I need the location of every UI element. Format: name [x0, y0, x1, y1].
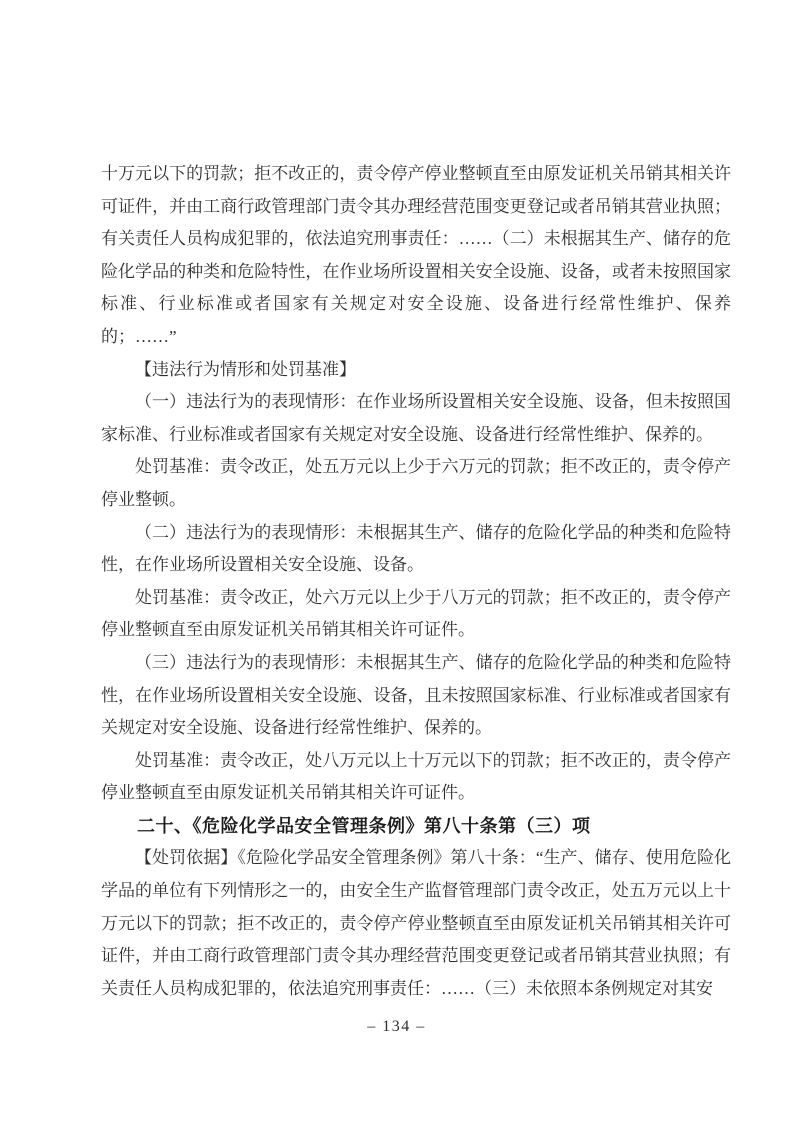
- paragraph-item-2-violation: （二）违法行为的表现情形：未根据其生产、储存的危险化学品的种类和危险特性，在作业…: [101, 517, 731, 582]
- page-body: 十万元以下的罚款；拒不改正的，责令停产停业整顿直至由原发证机关吊销其相关许可证件…: [101, 158, 731, 1005]
- paragraph-item-3-penalty: 处罚基准：责令改正，处八万元以上十万元以下的罚款；拒不改正的，责令停产停业整顿直…: [101, 745, 731, 810]
- section-heading-article-80-item-3: 二十、《危险化学品安全管理条例》第八十条第（三）项: [101, 810, 731, 843]
- paragraph-penalty-basis: 【处罚依据】《危险化学品安全管理条例》第八十条：“生产、储存、使用危险化学品的单…: [101, 842, 731, 1005]
- bracket-label-violation-and-penalty-basis: 【违法行为情形和处罚基准】: [101, 354, 731, 387]
- paragraph-item-1-violation: （一）违法行为的表现情形：在作业场所设置相关安全设施、设备，但未按照国家标准、行…: [101, 386, 731, 451]
- paragraph-item-2-penalty: 处罚基准：责令改正，处六万元以上少于八万元的罚款；拒不改正的，责令停产停业整顿直…: [101, 582, 731, 647]
- page-number: – 134 –: [0, 1018, 793, 1036]
- paragraph-item-1-penalty: 处罚基准：责令改正，处五万元以上少于六万元的罚款；拒不改正的，责令停产停业整顿。: [101, 451, 731, 516]
- document-page: 十万元以下的罚款；拒不改正的，责令停产停业整顿直至由原发证机关吊销其相关许可证件…: [0, 0, 793, 1122]
- paragraph-continuation: 十万元以下的罚款；拒不改正的，责令停产停业整顿直至由原发证机关吊销其相关许可证件…: [101, 158, 731, 354]
- paragraph-item-3-violation: （三）违法行为的表现情形：未根据其生产、储存的危险化学品的种类和危险特性，在作业…: [101, 647, 731, 745]
